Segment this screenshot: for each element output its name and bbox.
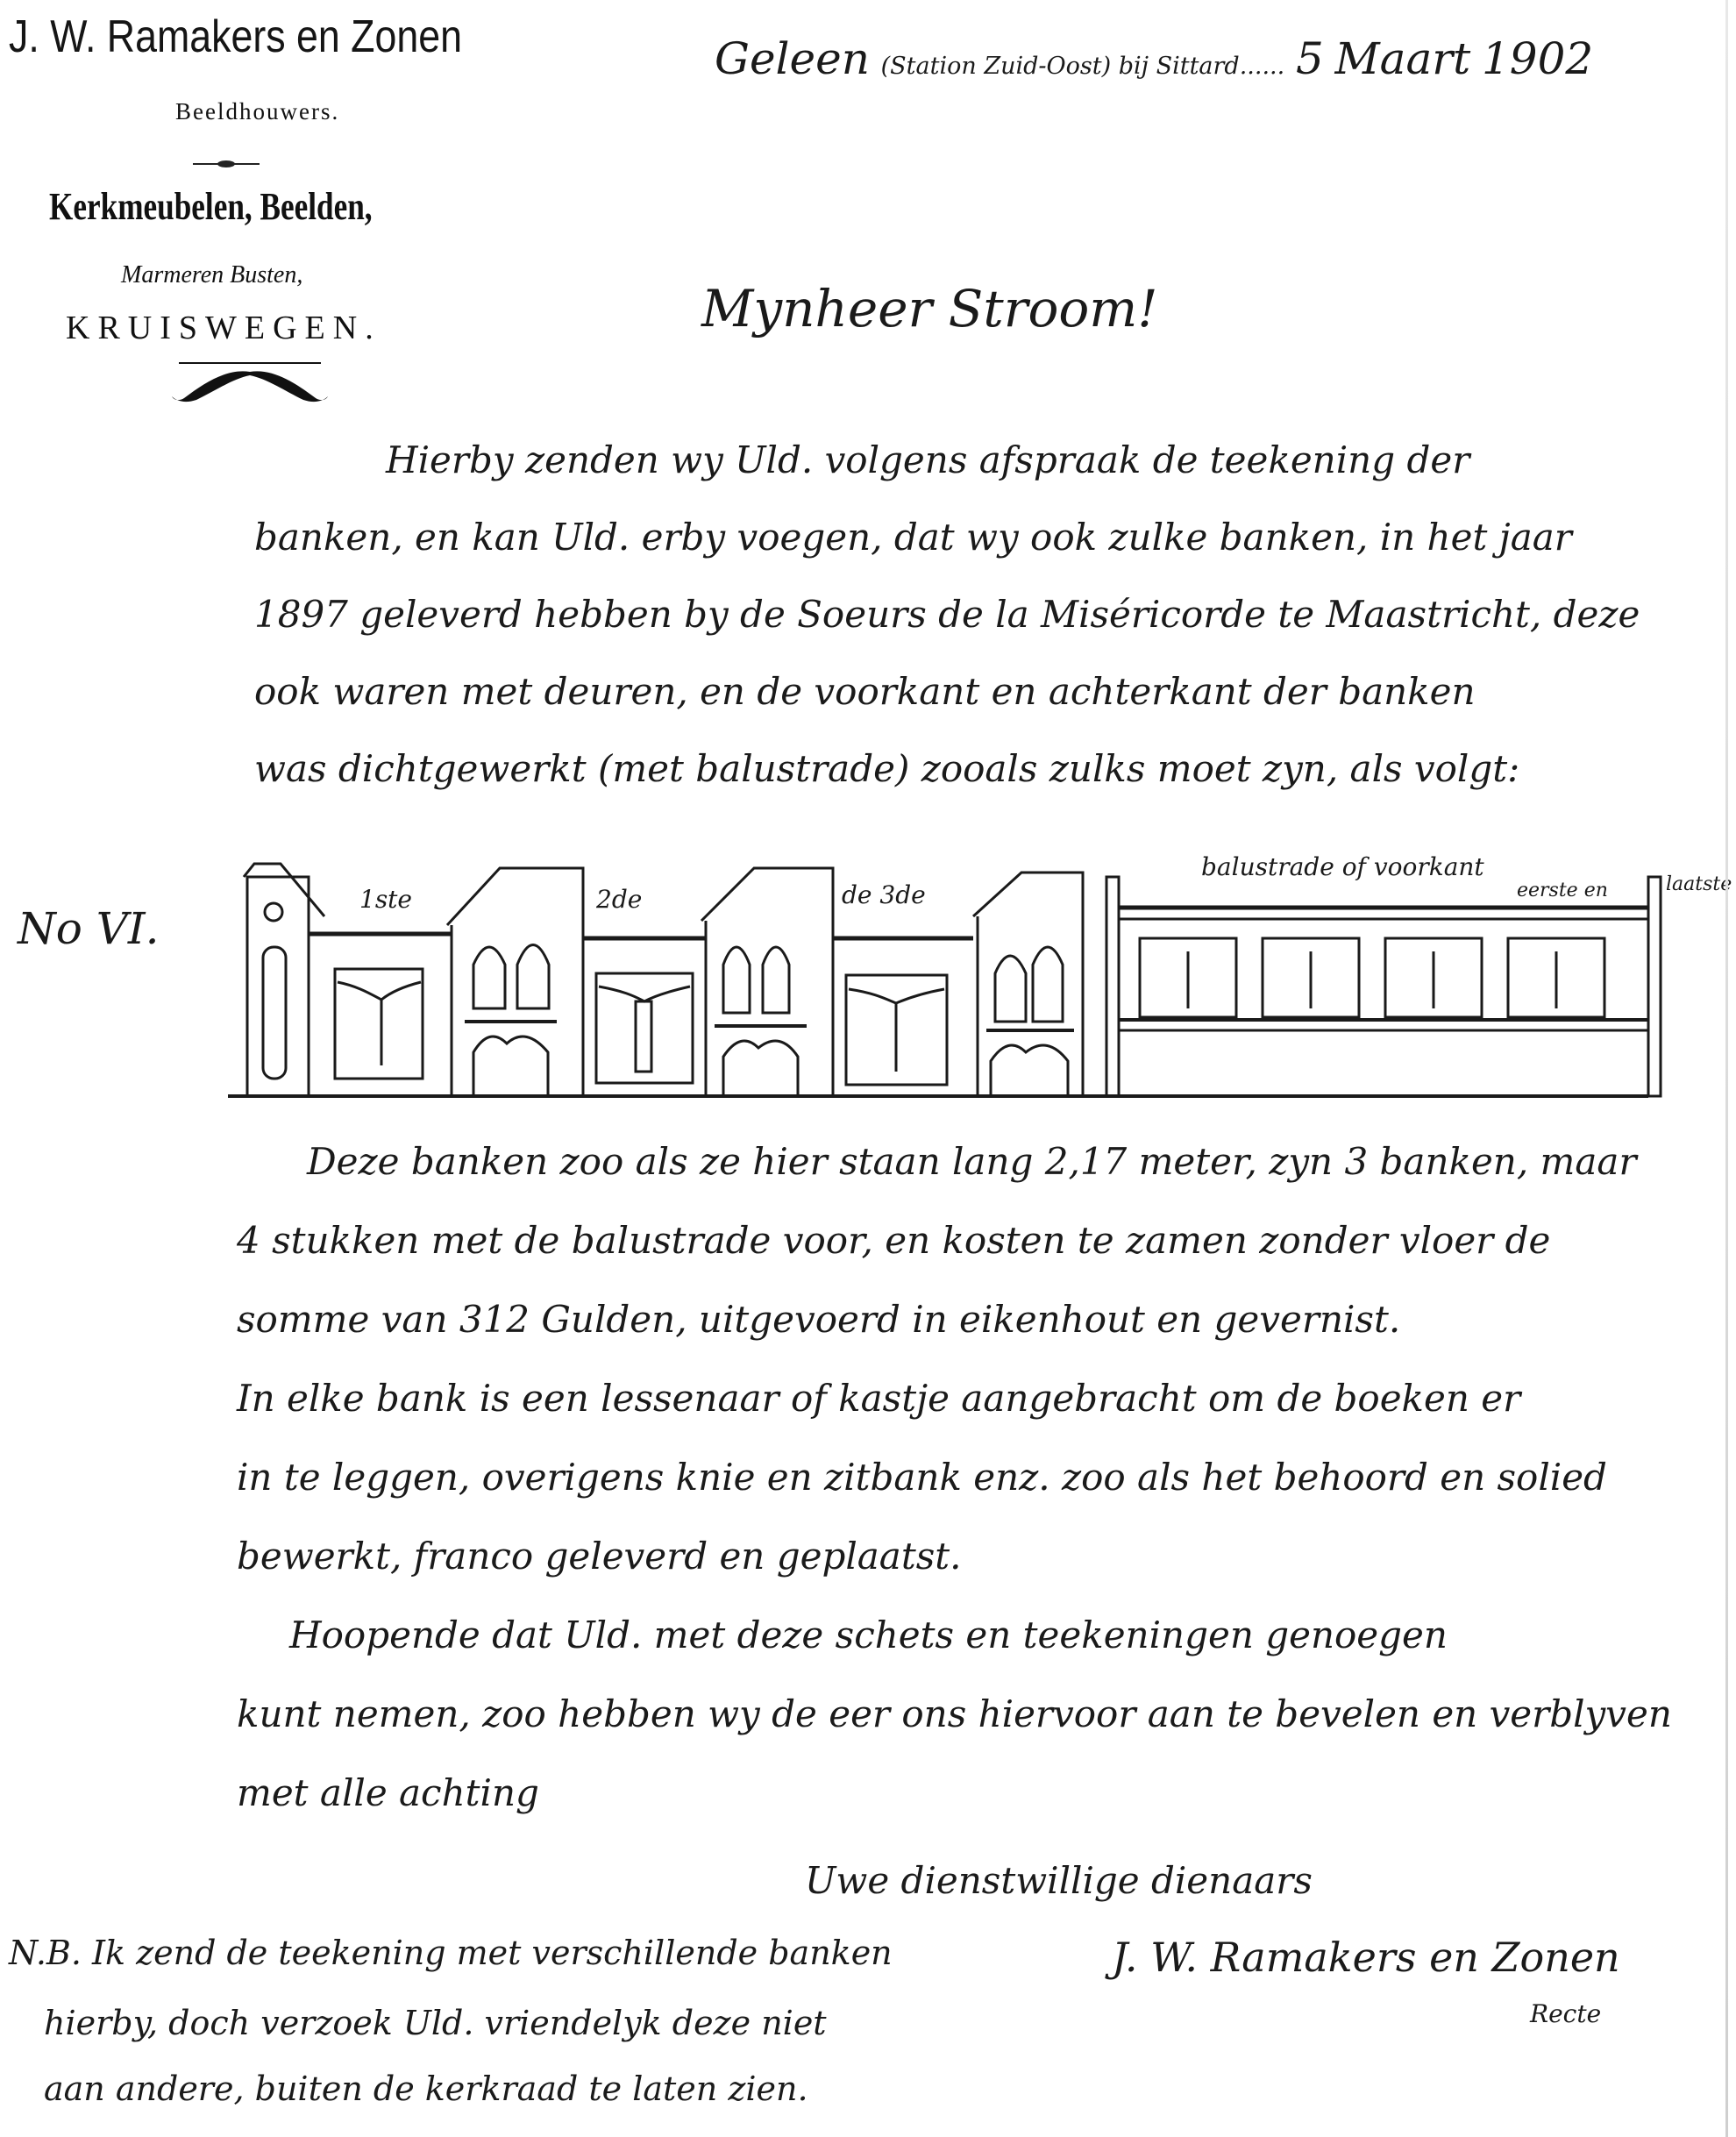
letterhead-trade: Beeldhouwers. [175, 98, 339, 125]
body-line: 4 stukken met de balustrade voor, en kos… [237, 1219, 1550, 1262]
dateline-month: Maart [1334, 33, 1470, 84]
label-third-pew: de 3de [842, 880, 926, 909]
dateline: Geleen (Station Zuid-Oost) bij Sittard..… [715, 33, 1593, 84]
body-line: Deze banken zoo als ze hier staan lang 2… [307, 1140, 1637, 1183]
body-line: bewerkt, franco geleverd en geplaatst. [237, 1535, 962, 1578]
postscript-line: N.B. Ik zend de teekening met verschille… [9, 1934, 893, 1972]
drawing-number-label: No VI. [18, 903, 160, 954]
scroll-ornament-icon [167, 360, 333, 412]
body-line: ook waren met deuren, en de voorkant en … [254, 670, 1476, 713]
postscript-line: aan andere, buiten de kerkraad te laten … [44, 2069, 808, 2108]
dateline-year: 1902 [1482, 33, 1593, 84]
signature-title: Recte [1530, 1999, 1601, 2028]
closing-phrase: Uwe dienstwillige dienaars [805, 1859, 1313, 1902]
pew-sketch: 1ste 2de de 3de balustrade of voorkant e… [228, 842, 1736, 1105]
letterhead-firm-name: J. W. Ramakers en Zonen [9, 11, 462, 63]
body-line: somme van 312 Gulden, uitgevoerd in eike… [237, 1298, 1400, 1341]
label-first-pew: 1ste [359, 885, 412, 914]
body-line: banken, en kan Uld. erby voegen, dat wy … [254, 516, 1572, 559]
body-line: was dichtgewerkt (met balustrade) zooals… [254, 747, 1519, 790]
salutation: Mynheer Stroom! [701, 279, 1158, 338]
letterhead-busten: Marmeren Busten, [121, 261, 302, 289]
signature: J. W. Ramakers en Zonen [1112, 1934, 1620, 1981]
body-line: Hierby zenden wy Uld. volgens afspraak d… [386, 438, 1469, 481]
body-line: Hoopende dat Uld. met deze schets en tee… [289, 1613, 1448, 1656]
body-line: kunt nemen, zoo hebben wy de eer ons hie… [237, 1692, 1672, 1735]
body-line: In elke bank is een lessenaar of kastje … [237, 1377, 1520, 1420]
body-line: in te leggen, overigens knie en zitbank … [237, 1456, 1607, 1499]
page-edge [1725, 0, 1728, 2137]
dateline-leader: ...... [1240, 53, 1285, 80]
label-balustrade: balustrade of voorkant [1201, 852, 1484, 881]
divider-ornament-icon [191, 158, 261, 170]
letterhead-specialties: Kerkmeubelen, Beelden, [49, 184, 373, 229]
dateline-place-detail: (Station Zuid-Oost) bij Sittard [881, 53, 1240, 80]
body-line: met alle achting [237, 1771, 539, 1814]
body-line: 1897 geleverd hebben by de Soeurs de la … [254, 593, 1640, 636]
label-balustrade-sub: eerste en [1517, 880, 1608, 901]
dateline-day: 5 [1296, 33, 1324, 84]
label-last: laatste [1666, 873, 1732, 895]
label-second-pew: 2de [595, 885, 642, 914]
postscript-line: hierby, doch verzoek Uld. vriendelyk dez… [44, 2004, 827, 2042]
letterhead-kruiswegen: KRUISWEGEN. [66, 309, 381, 347]
dateline-place: Geleen [715, 33, 870, 84]
